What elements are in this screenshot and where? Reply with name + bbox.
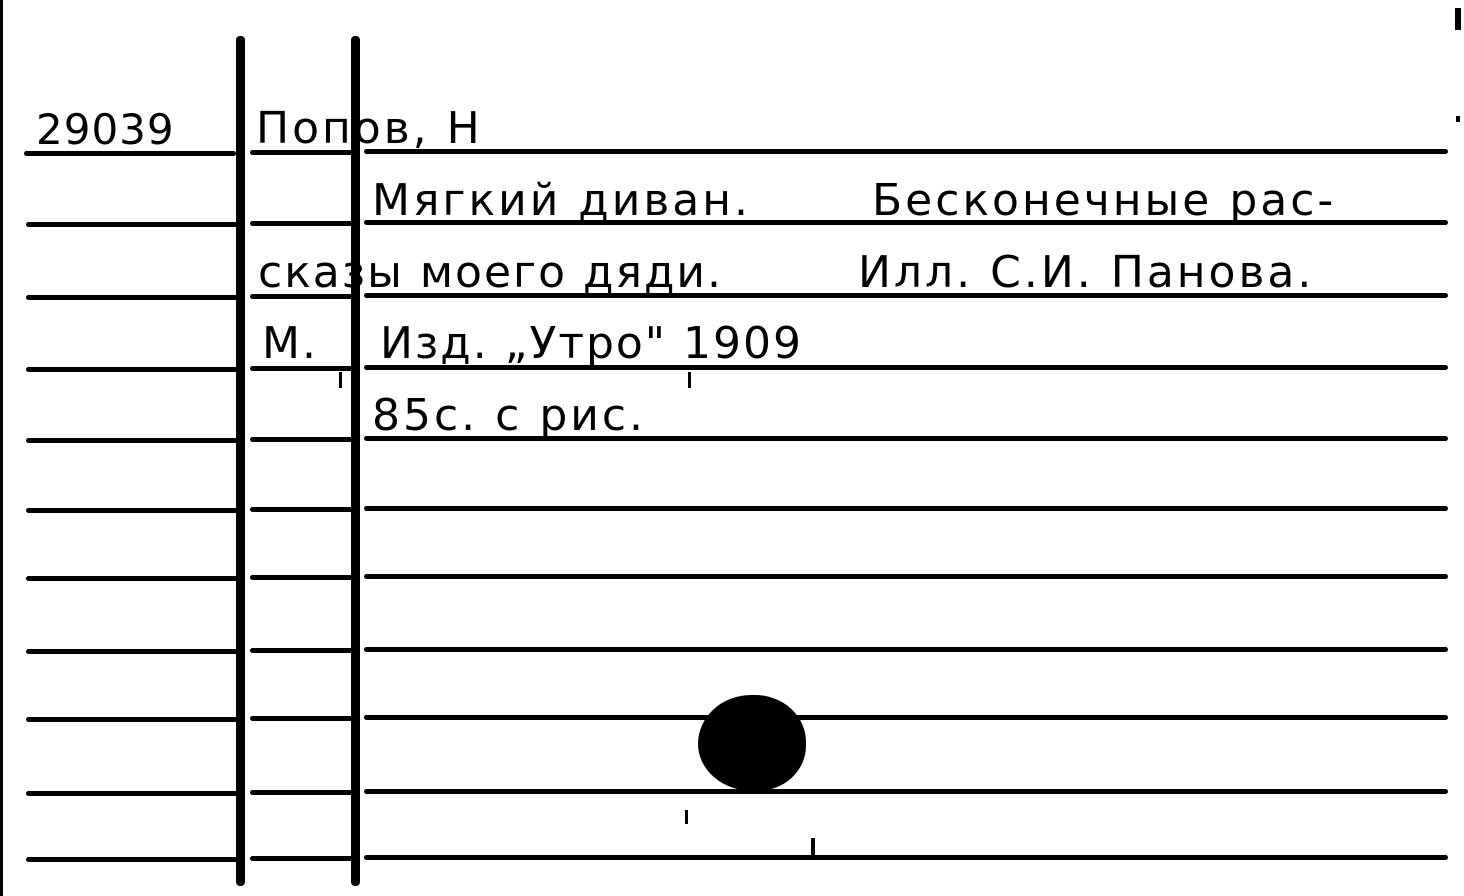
ruled-line (26, 717, 238, 722)
pagination: 85с. с рис. (372, 390, 646, 441)
ruled-line (26, 508, 238, 513)
ruled-line (250, 437, 354, 442)
ruled-line (364, 647, 1448, 652)
title-line-2b: Илл. С.И. Панова. (858, 247, 1314, 298)
ruled-line (26, 438, 238, 443)
card-left-edge (0, 0, 3, 896)
ruled-line (26, 295, 238, 300)
ink-blot (698, 695, 806, 791)
ruled-line (26, 791, 238, 796)
ink-tick (685, 810, 688, 824)
catalog-card: 29039 Попов, Н Мягкий диван. Бесконечные… (0, 0, 1464, 896)
ruled-line (250, 856, 354, 861)
ruled-line (250, 790, 354, 795)
card-right-edge-mark (1455, 8, 1461, 30)
ink-tick (811, 838, 815, 856)
ruled-line (250, 716, 354, 721)
title-line-1b: Бесконечные рас- (872, 175, 1336, 226)
column-divider-right (351, 36, 360, 886)
publisher-year: Изд. „Утро" 1909 (380, 318, 803, 369)
ruled-line (250, 648, 354, 653)
publication-place: М. (262, 318, 318, 369)
title-line-2a: сказы моего дяди. (258, 247, 723, 298)
author-name: Попов, Н (256, 103, 483, 154)
ruled-line (250, 507, 354, 512)
title-line-1a: Мягкий диван. (372, 175, 751, 226)
ruled-line (250, 221, 354, 226)
ruled-line (26, 857, 238, 862)
ruled-line (364, 855, 1448, 860)
ruled-line (364, 715, 1448, 720)
ink-tick (688, 372, 691, 388)
ruled-line (26, 367, 238, 372)
column-divider-left (236, 36, 245, 886)
card-right-edge-mark (1456, 116, 1460, 122)
ruled-line (26, 576, 238, 581)
ink-tick (339, 372, 342, 388)
ruled-line (250, 575, 354, 580)
ruled-line (364, 789, 1448, 794)
ruled-line (364, 574, 1448, 579)
ruled-line (364, 506, 1448, 511)
inventory-number: 29039 (36, 105, 175, 154)
ruled-line (26, 222, 238, 227)
ruled-line (26, 649, 238, 654)
ruled-line (364, 149, 1448, 154)
